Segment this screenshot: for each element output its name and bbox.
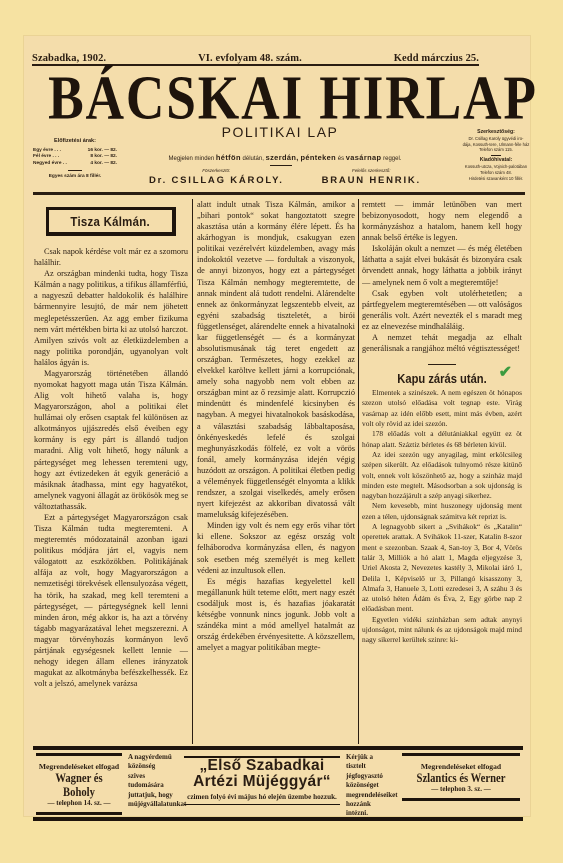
subscription-box: Előfizetési árak: Egy évre . . .16 kor. … xyxy=(33,138,117,181)
ad-band-rule xyxy=(33,746,523,750)
header-rule xyxy=(33,192,525,195)
paragraph: Minden igy volt és nem egy erős vihar tö… xyxy=(197,520,355,575)
paragraph: Es mégis hazafias kegyelettel kell megál… xyxy=(197,576,355,654)
ad-artesian-ice-factory: „Első Szabadkai Artézi Müjéggyár“ czimen… xyxy=(184,753,340,815)
office-info: Szerkesztőség: Dr. Csillag Karoly ügyvéd… xyxy=(448,130,544,181)
paragraph: Iskoláján okult a nemzet — és még életéb… xyxy=(362,243,522,287)
divider xyxy=(68,170,82,171)
publication-schedule: Megjelen minden hétfön délután, szerdán,… xyxy=(120,153,450,162)
column-rule xyxy=(192,199,193,744)
ad-szlantics-werner: Megrendeléseket elfogad Szlantics és Wer… xyxy=(402,753,520,815)
article-title: Tisza Kálmán. xyxy=(71,216,151,227)
divider xyxy=(428,364,456,365)
paragraph: Nem kevesebb, mint huszonegy ujdonság me… xyxy=(362,501,522,522)
paragraph: Magyarország történetében állandó nyomok… xyxy=(34,368,188,512)
paragraph: A legnagyobb sikert a „Svihákok“ és „Kat… xyxy=(362,522,522,615)
ad-notice-right: Kérjük a tisztelt jégfogyasztó közönsége… xyxy=(346,753,394,815)
article-title-box: Tisza Kálmán. xyxy=(46,207,176,236)
paragraph: Csak napok kérdése volt már ez a szomoru… xyxy=(34,246,188,268)
paragraph: Elmentek a szinészek. A nem egészen öt h… xyxy=(362,388,522,429)
paragraph: alatt indult utnak Tisza Kálmán, amikor … xyxy=(197,199,355,520)
subscription-heading: Előfizetési árak: xyxy=(33,138,117,145)
masthead-title: BÁCSKAI HIRLAP xyxy=(48,70,464,126)
paragraph: Az országban mindenki tudta, hogy Tisza … xyxy=(34,268,188,368)
article-title: Kapu zárás után. ✔ xyxy=(362,373,522,384)
single-copy-price: Egyes szám ára 8 fillér. xyxy=(33,174,117,181)
editor-in-chief: Föszerkesztö: Dr. CSILLAG KÁROLY. xyxy=(149,168,284,186)
paragraph: Ezt a pártegységet Magyarországon csak T… xyxy=(34,512,188,689)
paragraph: Csak egyben volt utolérhetetlen; a pártf… xyxy=(362,288,522,332)
masthead-subtitle: POLITIKAI LAP xyxy=(180,124,380,140)
paragraph: Az idei szezón ugy anyagilag, mint erköl… xyxy=(362,450,522,501)
paragraph: Egyetlen vidéki szinházban sem adtak any… xyxy=(362,615,522,646)
paragraph: remtett — immár letünőben van mert bebiz… xyxy=(362,199,522,243)
column-1: Tisza Kálmán. Csak napok kérdése volt má… xyxy=(34,199,188,744)
price-row: Negyed évre . .4 kor. — 82. xyxy=(33,161,117,168)
paragraph: 178 előadás volt a délutániakkal együtt … xyxy=(362,429,522,450)
column-3: remtett — immár letünőben van mert bebiz… xyxy=(362,199,522,744)
column-2: alatt indult utnak Tisza Kálmán, amikor … xyxy=(197,199,355,744)
ad-band-rule xyxy=(33,817,523,821)
ad-wagner-boholy: Megrendeléseket elfogad Wagner és Boholy… xyxy=(36,753,122,815)
divider xyxy=(270,165,292,166)
checkmark-icon: ✔ xyxy=(499,367,512,378)
editors-block: Föszerkesztö: Dr. CSILLAG KÁROLY. Felelő… xyxy=(130,168,440,186)
paragraph: A nemzet tehát megadja az elhalt generál… xyxy=(362,332,522,354)
column-rule xyxy=(358,199,359,744)
responsible-editor: Felelős szerkesztő: BRAUN HENRIK. xyxy=(322,168,421,186)
ad-notice-left: A nagyérdemü közönség szives tudomására … xyxy=(128,753,174,815)
